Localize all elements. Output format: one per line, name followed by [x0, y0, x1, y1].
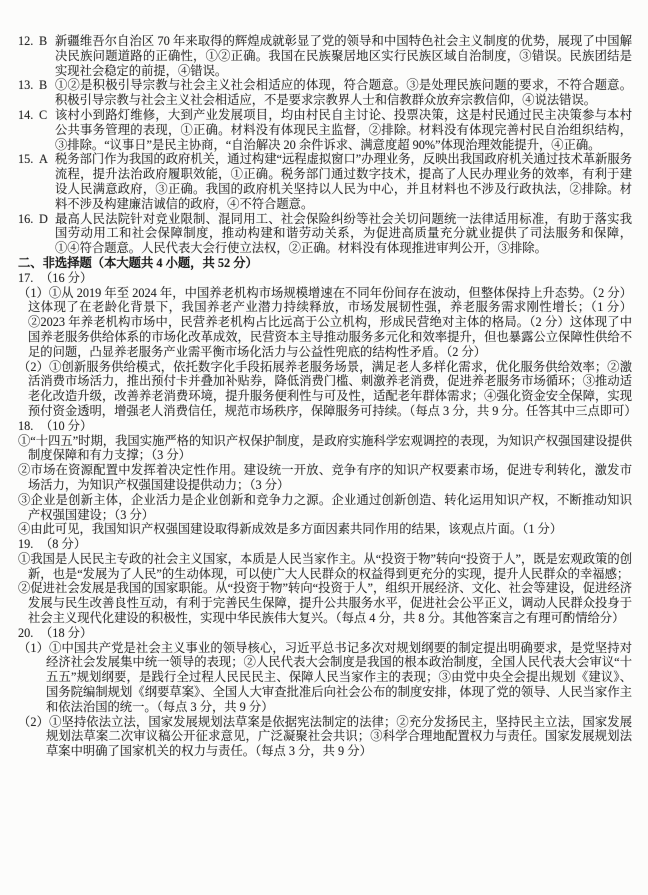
part-text: ①中国共产党是社会主义事业的领导核心，习近平总书记多次对规划纲要的制定提出明确要…: [46, 641, 632, 714]
part-label: （1）: [18, 286, 49, 300]
question-number: 12.: [18, 34, 39, 78]
answer-letter: B: [39, 34, 55, 78]
answer-part-17-1: （1）①从 2019 年至 2024 年，中国养老机构市场规模增速在不同年份间存…: [18, 286, 632, 360]
question-score: （18 分）: [40, 626, 632, 641]
answer-row-13: 13. B ①②是积极引导宗教与社会主义社会相适应的体现，符合题意。③是处理民族…: [18, 78, 632, 108]
answer-explanation: 最高人民法院针对竞业限制、混同用工、社会保险纠纷等社会关切问题统一法律适用标准，…: [55, 212, 632, 256]
part-label: （2）: [18, 360, 49, 374]
question-number: 19.: [18, 537, 40, 552]
question-19-header: 19. （8 分）: [18, 537, 632, 552]
answer-point-18-2: ②市场在资源配置中发挥着决定性作用。建设统一开放、竞争有序的知识产权要素市场，促…: [18, 463, 632, 493]
question-score: （16 分）: [40, 271, 632, 286]
answer-point-19-2: ②促进社会发展是我国的国家职能。从“投资于物”转向“投资于人”，组织开展经济、文…: [18, 581, 632, 625]
answer-letter: A: [39, 152, 55, 211]
answer-point-18-1: ①“十四五”时期，我国实施严格的知识产权保护制度，是政府实施科学宏观调控的表现，…: [18, 434, 632, 464]
question-number: 20.: [18, 626, 40, 641]
question-number: 13.: [18, 78, 39, 108]
answer-explanation: 税务部门作为我国的政府机关，通过构建“远程虚拟窗口”办理业务，反映出我国政府机关…: [55, 152, 632, 211]
question-17-header: 17. （16 分）: [18, 271, 632, 286]
part-label: （2）: [18, 715, 49, 729]
question-number: 18.: [18, 419, 40, 434]
answer-point-18-3: ③企业是创新主体，企业活力是企业创新和竞争力之源。企业通过创新创造、转化运用知识…: [18, 493, 632, 523]
question-score: （8 分）: [40, 537, 632, 552]
answer-row-14: 14. C 该村小到路灯维修，大到产业发展项目，均由村民自主讨论、投票决策，这是…: [18, 108, 632, 152]
part-label: （1）: [18, 641, 49, 655]
answer-letter: D: [39, 212, 55, 256]
answer-explanation: 新疆维吾尔自治区 70 年来取得的辉煌成就彰显了党的领导和中国特色社会主义制度的…: [55, 34, 632, 78]
part-text: ①创新服务供给模式，依托数字化手段拓展养老服务场景，满足老人多样化需求，优化服务…: [28, 360, 637, 418]
answer-row-12: 12. B 新疆维吾尔自治区 70 年来取得的辉煌成就彰显了党的领导和中国特色社…: [18, 34, 632, 78]
exam-answer-key-page: 12. B 新疆维吾尔自治区 70 年来取得的辉煌成就彰显了党的领导和中国特色社…: [0, 0, 648, 895]
answer-explanation: 该村小到路灯维修，大到产业发展项目，均由村民自主讨论、投票决策，这是村民通过民主…: [55, 108, 632, 152]
question-number: 16.: [18, 212, 39, 256]
answer-row-16: 16. D 最高人民法院针对竞业限制、混同用工、社会保险纠纷等社会关切问题统一法…: [18, 212, 632, 256]
question-number: 15.: [18, 152, 39, 211]
question-score: （10 分）: [40, 419, 632, 434]
answer-point-18-4: ④由此可见，我国知识产权强国建设取得新成效是多方面因素共同作用的结果，该观点片面…: [18, 522, 632, 537]
question-18-header: 18. （10 分）: [18, 419, 632, 434]
answer-point-19-1: ①我国是人民民主专政的社会主义国家，本质是人民当家作主。从“投资于物”转向“投资…: [18, 552, 632, 582]
part-text: ①从 2019 年至 2024 年，中国养老机构市场规模增速在不同年份间存在波动…: [28, 286, 632, 359]
answer-part-17-2: （2）①创新服务供给模式，依托数字化手段拓展养老服务场景，满足老人多样化需求，优…: [18, 360, 632, 419]
section-two-header: 二、非选择题（本大题共 4 小题，共 52 分）: [18, 256, 632, 271]
answer-row-15: 15. A 税务部门作为我国的政府机关，通过构建“远程虚拟窗口”办理业务，反映出…: [18, 152, 632, 211]
answer-part-20-1: （1）①中国共产党是社会主义事业的领导核心，习近平总书记多次对规划纲要的制定提出…: [18, 641, 632, 715]
question-number: 14.: [18, 108, 39, 152]
question-number: 17.: [18, 271, 40, 286]
answer-part-20-2: （2）①坚持依法立法，国家发展规划法草案是依据宪法制定的法律；②充分发扬民主，坚…: [18, 715, 632, 759]
answer-explanation: ①②是积极引导宗教与社会主义社会相适应的体现，符合题意。③是处理民族问题的要求，…: [55, 78, 632, 108]
answer-letter: C: [39, 108, 55, 152]
question-20-header: 20. （18 分）: [18, 626, 632, 641]
part-text: ①坚持依法立法，国家发展规划法草案是依据宪法制定的法律；②充分发扬民主，坚持民主…: [46, 715, 632, 759]
answer-letter: B: [39, 78, 55, 108]
